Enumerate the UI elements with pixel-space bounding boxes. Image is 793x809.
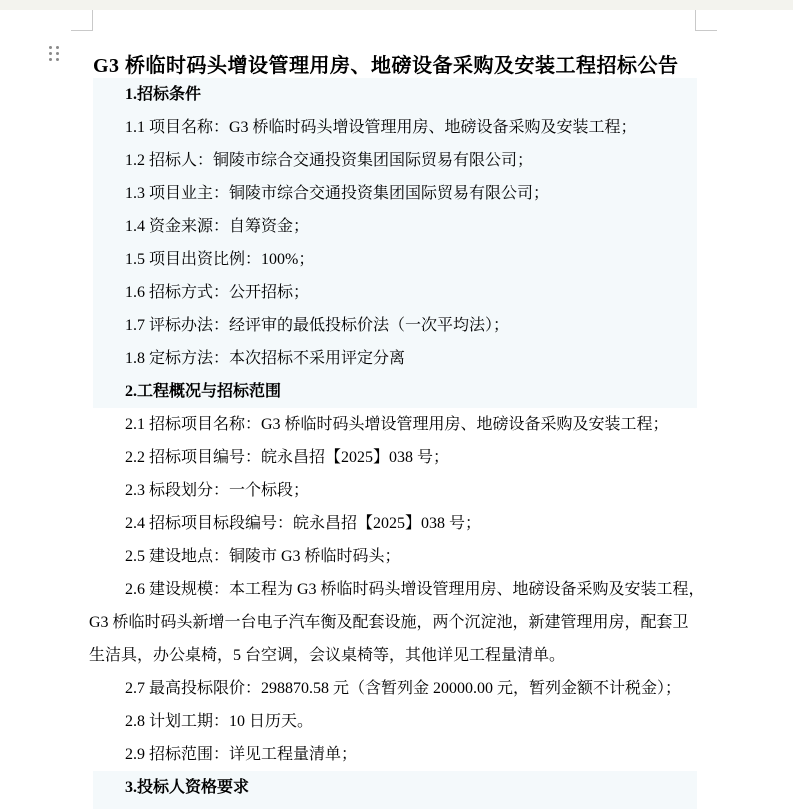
doc-line-text[interactable]: 1.1 项目名称：G3 桥临时码头增设管理用房、地磅设备采购及安装工程；	[93, 111, 697, 144]
text-boundary-mark-top-right-icon	[695, 10, 717, 31]
document-title[interactable]: G3 桥临时码头增设管理用房、地磅设备采购及安装工程招标公告	[93, 53, 679, 79]
doc-line-text[interactable]: 2.9 招标范围：详见工程量清单；	[93, 738, 697, 771]
doc-line-text[interactable]: 1.7 评标办法：经评审的最低投标价法（一次平均法）；	[93, 309, 697, 342]
doc-line-text[interactable]: 2.7 最高投标限价：298870.58 元（含暂列金 20000.00 元，暂…	[93, 672, 697, 705]
doc-line-text[interactable]: 1.2 招标人：铜陵市综合交通投资集团国际贸易有限公司；	[93, 144, 697, 177]
doc-line-text[interactable]: 1.3 项目业主：铜陵市综合交通投资集团国际贸易有限公司；	[93, 177, 697, 210]
text-boundary-mark-top-left-icon	[71, 10, 93, 31]
doc-line-text[interactable]: 2.1 招标项目名称：G3 桥临时码头增设管理用房、地磅设备采购及安装工程；	[93, 408, 697, 441]
document-body: 1.招标条件1.1 项目名称：G3 桥临时码头增设管理用房、地磅设备采购及安装工…	[93, 78, 697, 804]
doc-line-text[interactable]: 2.4 招标项目标段编号：皖永昌招【2025】038 号；	[93, 507, 697, 540]
doc-line-text[interactable]: 2.8 计划工期：10 日历天。	[93, 705, 697, 738]
document-page: G3 桥临时码头增设管理用房、地磅设备采购及安装工程招标公告 1.招标条件1.1…	[0, 0, 793, 809]
block-drag-handle-icon[interactable]	[49, 46, 59, 61]
doc-line-text[interactable]: 1.5 项目出资比例：100%；	[93, 243, 697, 276]
doc-line-heading[interactable]: 3.投标人资格要求	[93, 771, 697, 804]
doc-line-text[interactable]: 2.6 建设规模：本工程为 G3 桥临时码头增设管理用房、地磅设备采购及安装工程…	[93, 573, 697, 606]
doc-line-text[interactable]: 2.3 标段划分：一个标段；	[93, 474, 697, 507]
doc-line-text[interactable]: 1.4 资金来源：自筹资金；	[93, 210, 697, 243]
page-top-edge	[0, 0, 793, 10]
doc-line-text[interactable]: 1.6 招标方式：公开招标；	[93, 276, 697, 309]
selection-highlight-tail	[93, 804, 697, 809]
doc-line-heading[interactable]: 2.工程概况与招标范围	[93, 375, 697, 408]
doc-line-text[interactable]: 2.2 招标项目编号：皖永昌招【2025】038 号；	[93, 441, 697, 474]
doc-line-text[interactable]: 1.8 定标方法：本次招标不采用评定分离	[93, 342, 697, 375]
doc-line-text[interactable]: 生洁具，办公桌椅，5 台空调，会议桌椅等，其他详见工程量清单。	[89, 639, 697, 672]
doc-line-text[interactable]: 2.5 建设地点：铜陵市 G3 桥临时码头；	[93, 540, 697, 573]
doc-line-heading[interactable]: 1.招标条件	[93, 78, 697, 111]
doc-line-text[interactable]: G3 桥临时码头新增一台电子汽车衡及配套设施，两个沉淀池，新建管理用房，配套卫	[89, 606, 697, 639]
